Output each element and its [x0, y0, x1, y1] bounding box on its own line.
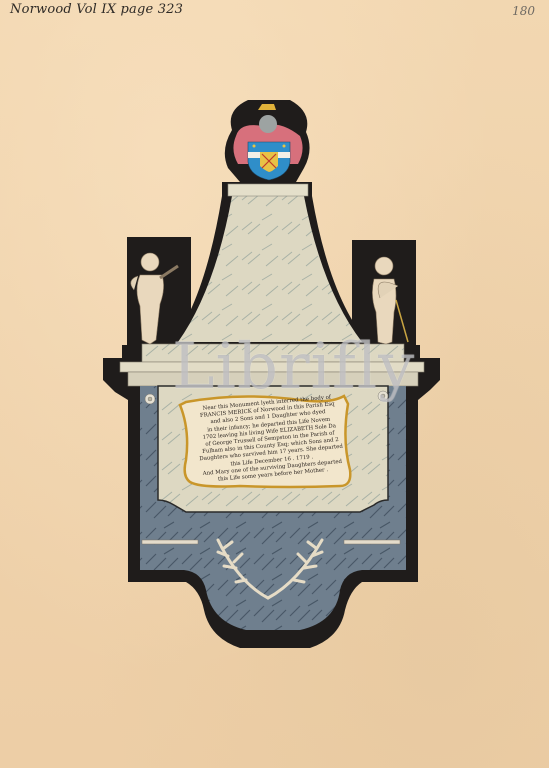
coat-of-arms — [225, 100, 310, 182]
pyramid — [178, 196, 362, 342]
monument-drawing — [0, 0, 549, 768]
inscription-text: Near this Monument lyeth interred the bo… — [187, 393, 353, 487]
rosette-left — [145, 394, 155, 404]
rosette-right — [378, 391, 388, 401]
